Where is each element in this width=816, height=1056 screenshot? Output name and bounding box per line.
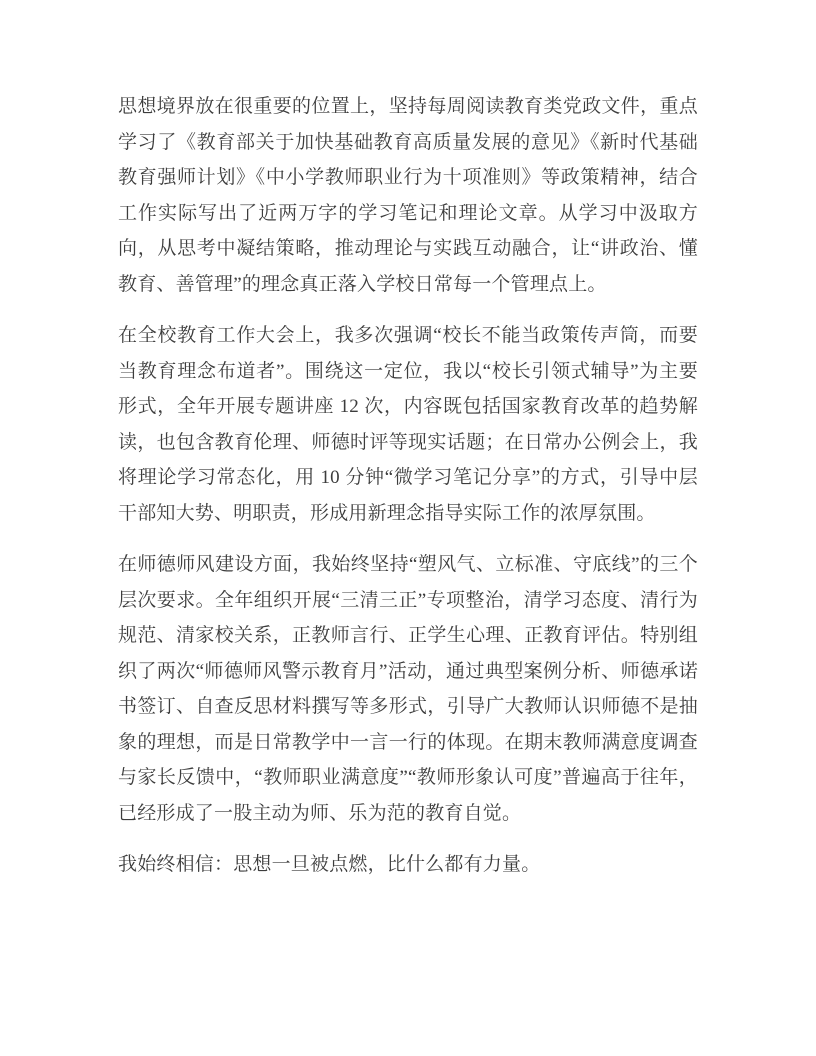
paragraph-lectures: 在全校教育工作大会上，我多次强调“校长不能当政策传声筒，而要当教育理念布道者”。… [118,318,698,531]
document-page: 思想境界放在很重要的位置上，坚持每周阅读教育类党政文件，重点学习了《教育部关于加… [0,0,816,1056]
document-body: 思想境界放在很重要的位置上，坚持每周阅读教育类党政文件，重点学习了《教育部关于加… [118,89,698,899]
paragraph-theory-study: 思想境界放在很重要的位置上，坚持每周阅读教育类党政文件，重点学习了《教育部关于加… [118,89,698,302]
paragraph-closing-belief: 我始终相信：思想一旦被点燃，比什么都有力量。 [118,847,698,883]
paragraph-teacher-ethics: 在师德师风建设方面，我始终坚持“塑风气、立标准、守底线”的三个层次要求。全年组织… [118,547,698,831]
